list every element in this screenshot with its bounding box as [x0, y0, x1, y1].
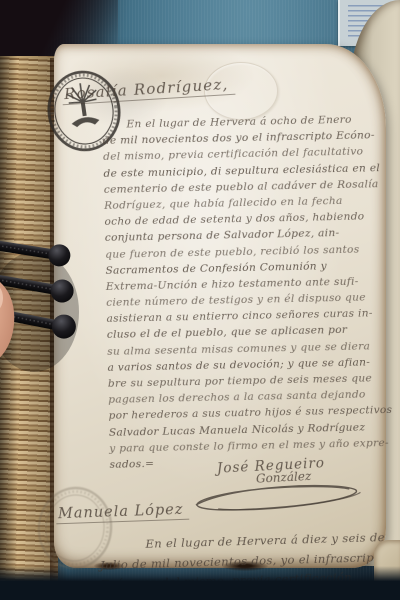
page-clips — [0, 232, 94, 382]
manuscript-page: Rosalía Rodríguez, En el lugar de Herver… — [54, 44, 386, 568]
entry1-body: En el lugar de Hervera á ocho de Enero d… — [102, 111, 383, 473]
priest-signature: José Regueiro González — [171, 453, 374, 518]
dark-shadow-bottom — [0, 566, 400, 600]
photograph-of-parish-register: Rosalía Rodríguez, En el lugar de Herver… — [0, 0, 400, 600]
